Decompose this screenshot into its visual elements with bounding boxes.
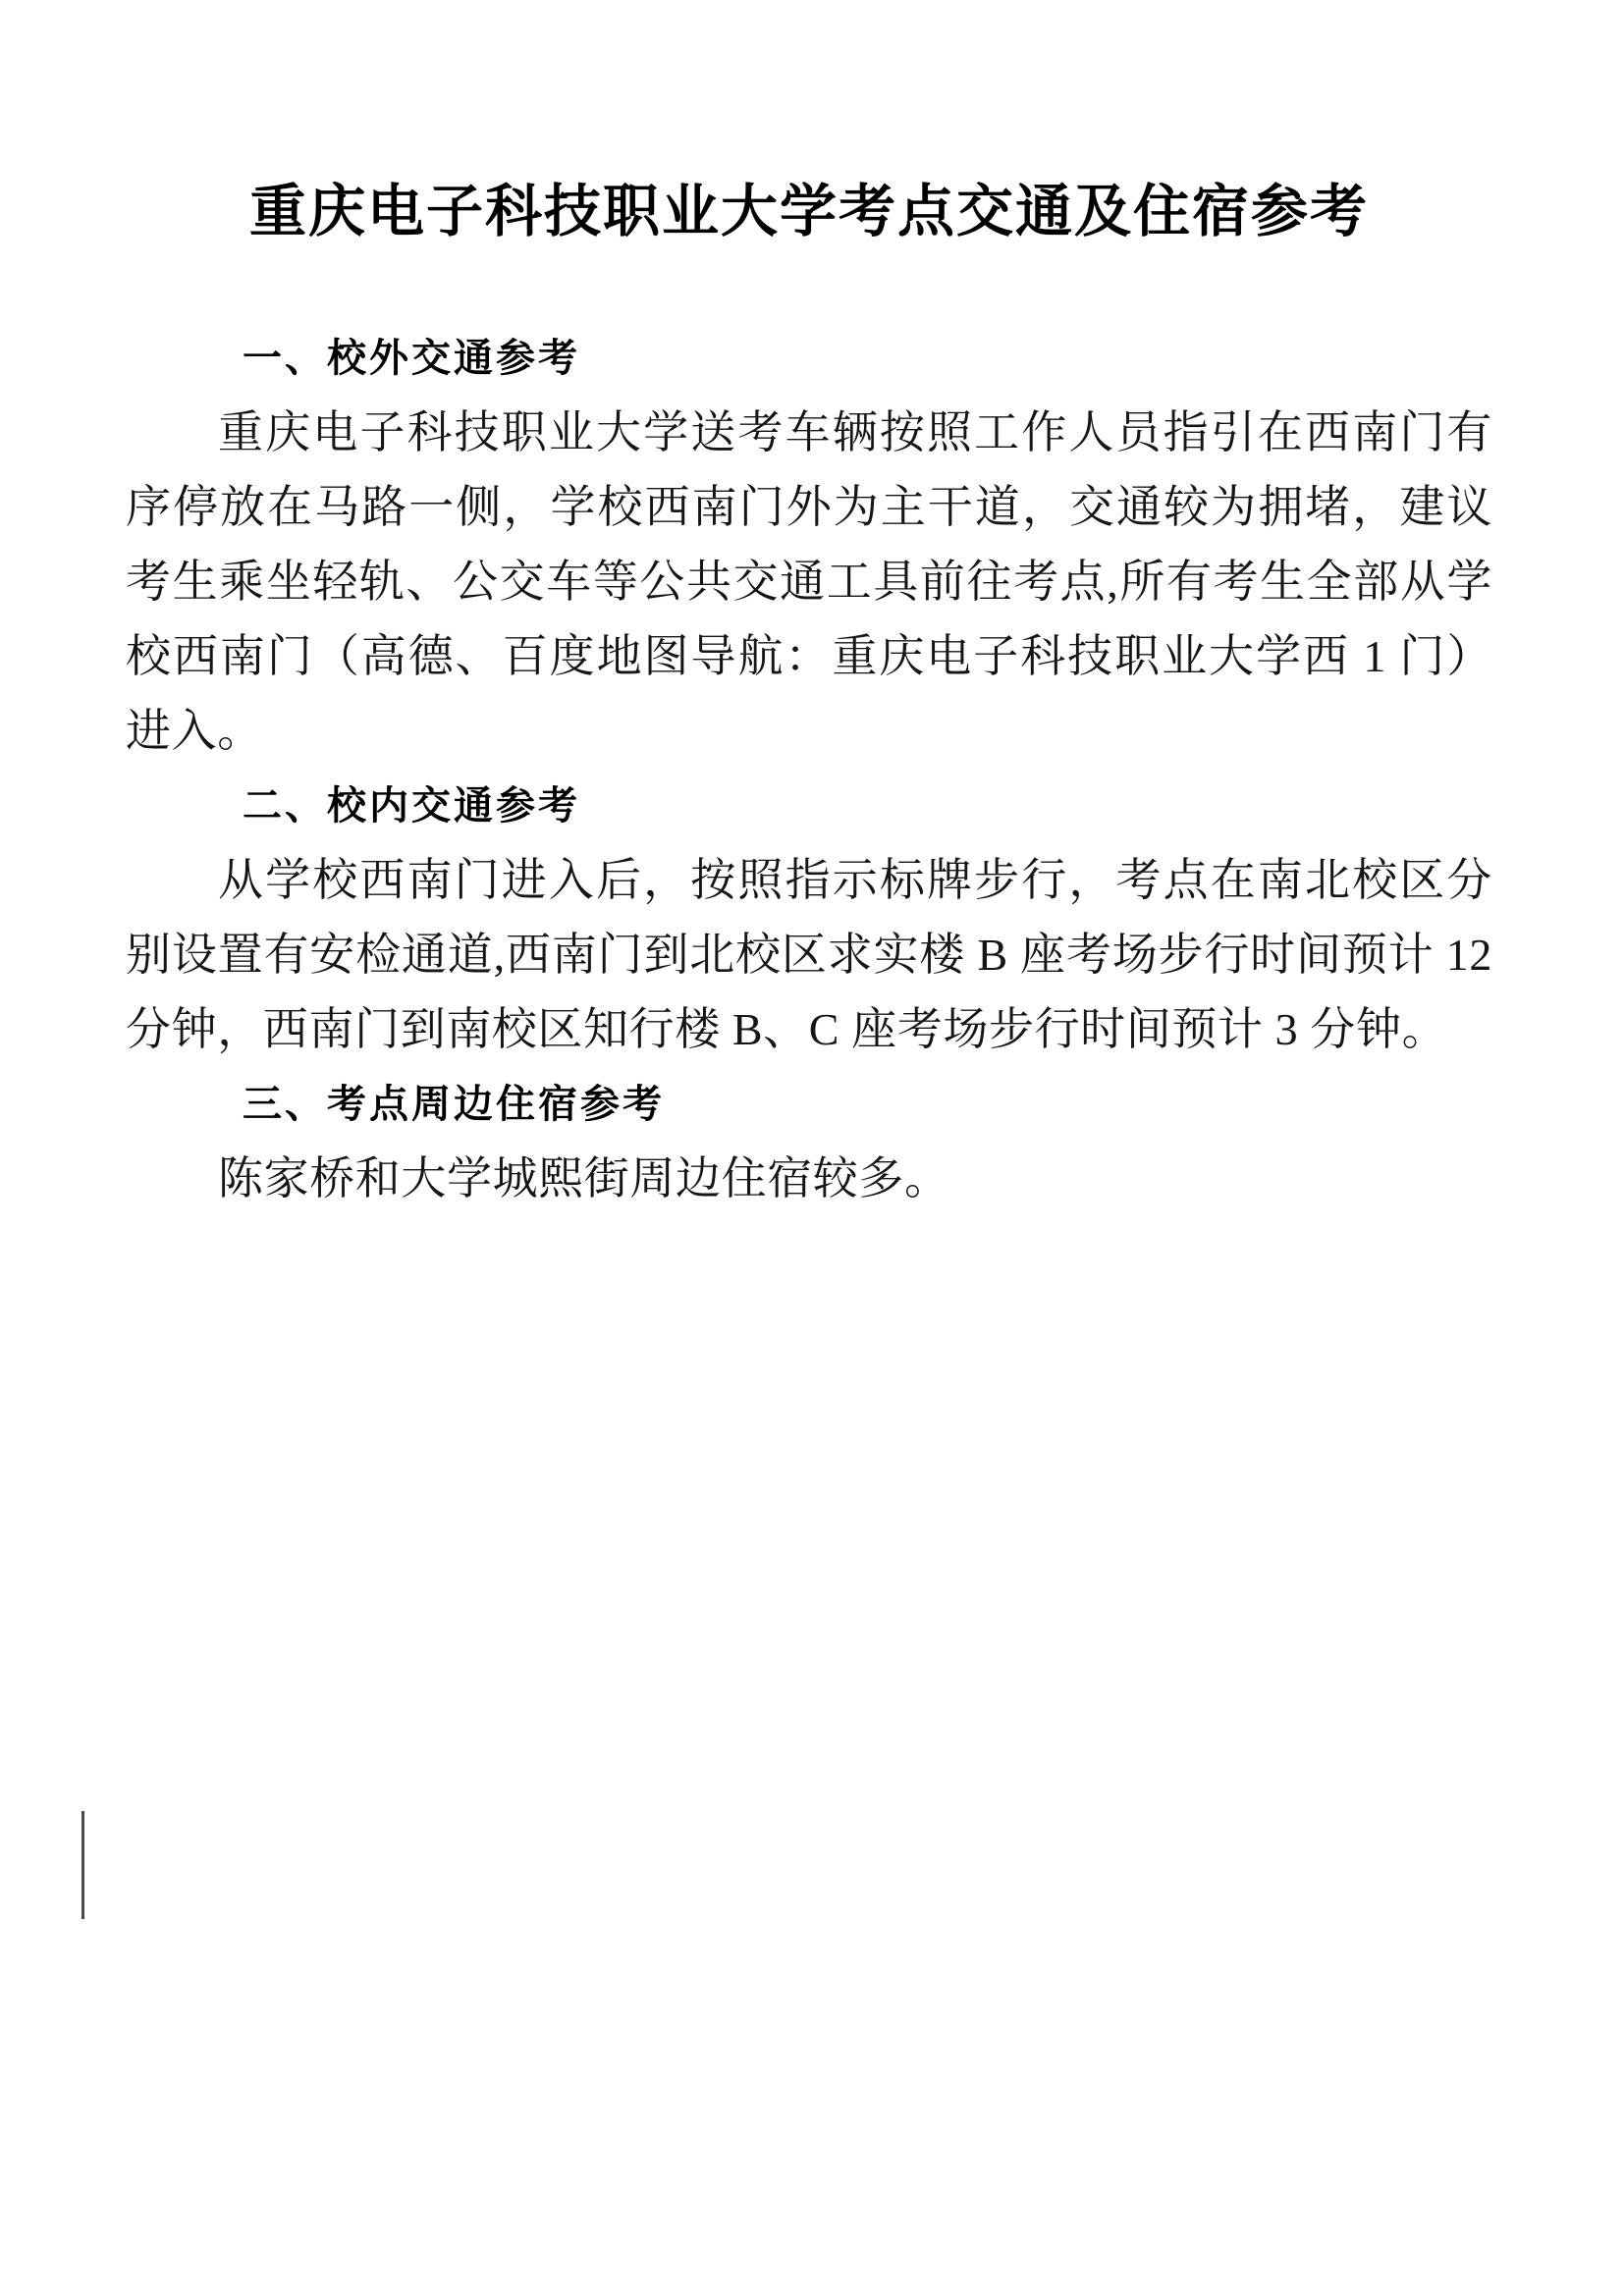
section-inside-traffic: 二、校内交通参考 从学校西南门进入后，按照指示标牌步行，考点在南北校区分别设置有…	[126, 769, 1492, 1067]
section-outside-traffic: 一、校外交通参考 重庆电子科技职业大学送考车辆按照工作人员指引在西南门有序停放在…	[126, 321, 1492, 769]
section-accommodation: 三、考点周边住宿参考 陈家桥和大学城熙街周边住宿较多。	[126, 1067, 1492, 1216]
section-paragraph-3: 陈家桥和大学城熙街周边住宿较多。	[126, 1142, 1492, 1216]
section-heading-2: 二、校内交通参考	[126, 769, 1492, 843]
section-heading-1: 一、校外交通参考	[126, 321, 1492, 396]
section-paragraph-2: 从学校西南门进入后，按照指示标牌步行，考点在南北校区分别设置有安检通道,西南门到…	[126, 843, 1492, 1067]
document-page: 重庆电子科技职业大学考点交通及住宿参考 一、校外交通参考 重庆电子科技职业大学送…	[0, 0, 1624, 2296]
section-heading-3: 三、考点周边住宿参考	[126, 1067, 1492, 1142]
left-margin-cursor-mark	[81, 1811, 84, 1919]
document-title: 重庆电子科技职业大学考点交通及住宿参考	[126, 162, 1492, 260]
section-paragraph-1: 重庆电子科技职业大学送考车辆按照工作人员指引在西南门有序停放在马路一侧，学校西南…	[126, 396, 1492, 769]
